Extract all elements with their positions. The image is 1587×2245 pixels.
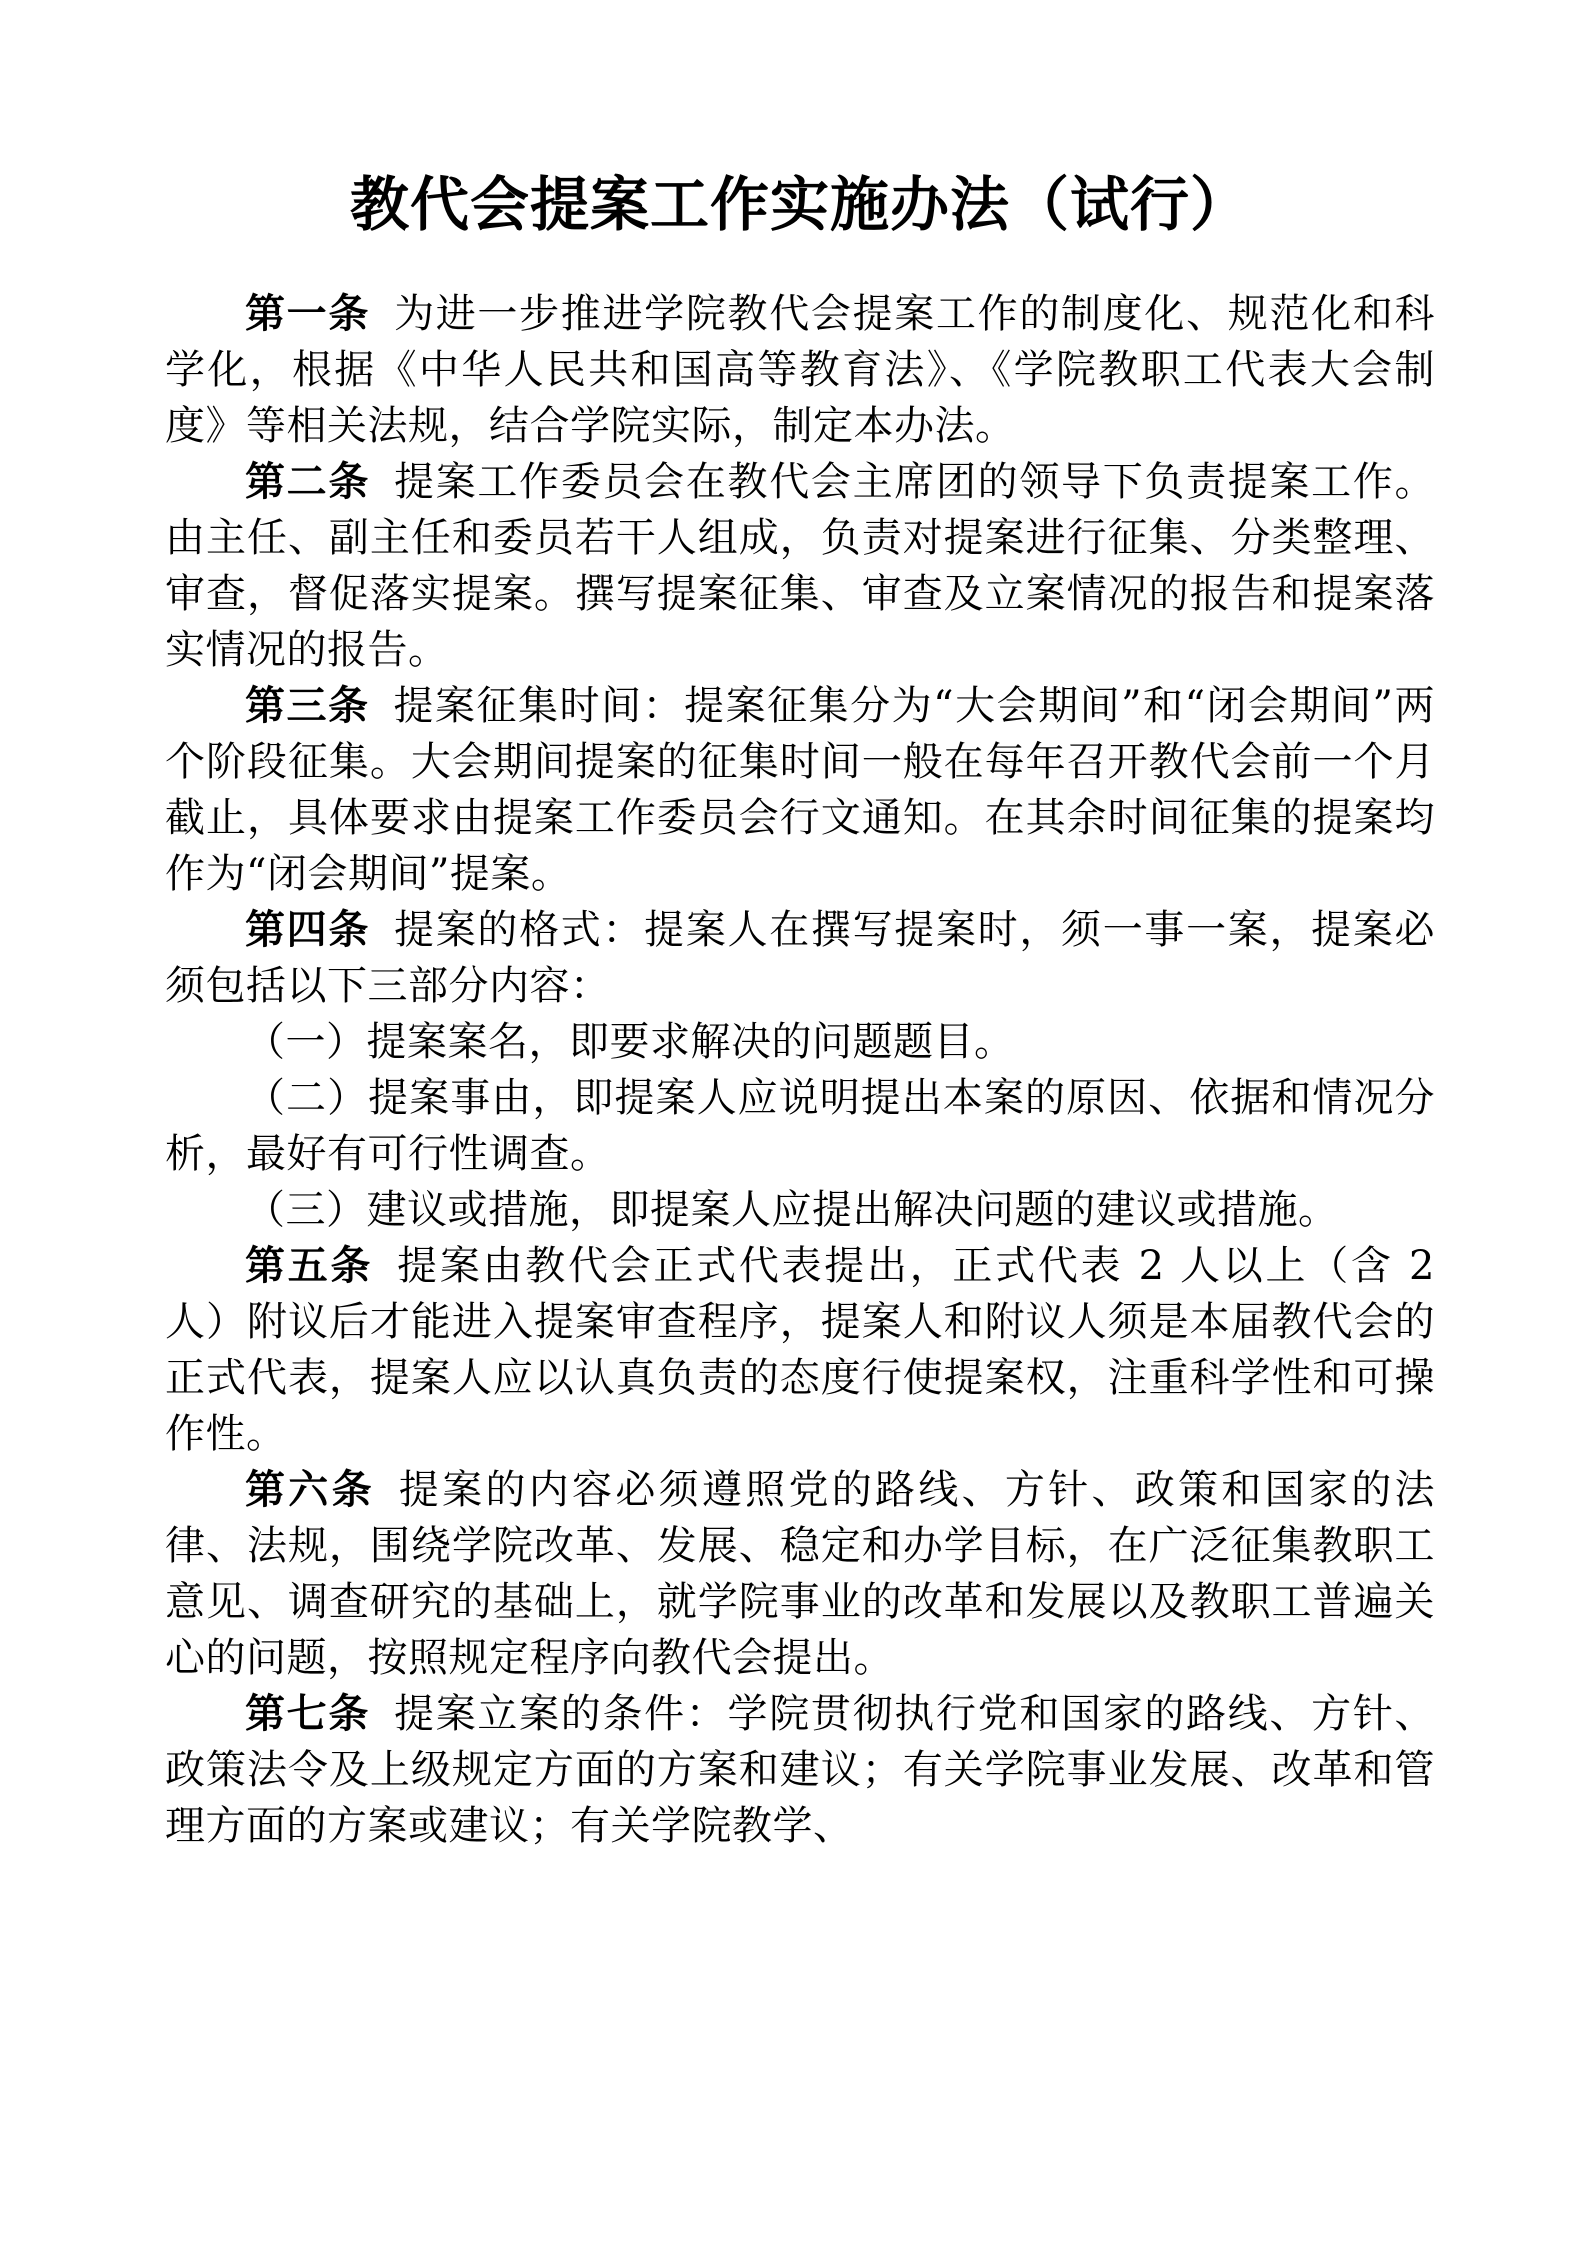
article-2-paragraph: 第二条提案工作委员会在教代会主席团的领导下负责提案工作。由主任、副主任和委员若干…	[165, 454, 1435, 678]
article-7-paragraph: 第七条提案立案的条件：学院贯彻执行党和国家的路线、方针、政策法令及上级规定方面的…	[165, 1686, 1435, 1854]
article-5-paragraph: 第五条提案由教代会正式代表提出，正式代表 2 人以上（含 2 人）附议后才能进入…	[165, 1238, 1435, 1462]
article-4-item-3-text: （三）建议或措施，即提案人应提出解决问题的建议或措施。	[245, 1187, 1339, 1233]
document-title: 教代会提案工作实施办法（试行）	[165, 168, 1435, 242]
article-2-heading: 第二条	[245, 458, 370, 505]
article-4-item-2: （二）提案事由，即提案人应说明提出本案的原因、依据和情况分析，最好有可行性调查。	[165, 1070, 1435, 1182]
article-4-heading: 第四条	[245, 906, 370, 953]
article-4-item-2-text: （二）提案事由，即提案人应说明提出本案的原因、依据和情况分析，最好有可行性调查。	[165, 1075, 1435, 1177]
article-4-item-1-text: （一）提案案名，即要求解决的问题题目。	[245, 1019, 1015, 1065]
article-3-heading: 第三条	[245, 682, 370, 729]
article-6-paragraph: 第六条提案的内容必须遵照党的路线、方针、政策和国家的法律、法规，围绕学院改革、发…	[165, 1462, 1435, 1686]
article-4-paragraph: 第四条提案的格式：提案人在撰写提案时，须一事一案，提案必须包括以下三部分内容：	[165, 902, 1435, 1014]
document-body: 第一条为进一步推进学院教代会提案工作的制度化、规范化和科学化，根据《中华人民共和…	[165, 286, 1435, 1854]
article-1-paragraph: 第一条为进一步推进学院教代会提案工作的制度化、规范化和科学化，根据《中华人民共和…	[165, 286, 1435, 454]
article-1-heading: 第一条	[245, 290, 370, 337]
article-3-paragraph: 第三条提案征集时间：提案征集分为“大会期间”和“闭会期间”两个阶段征集。大会期间…	[165, 678, 1435, 902]
article-4-item-3: （三）建议或措施，即提案人应提出解决问题的建议或措施。	[165, 1182, 1435, 1238]
article-4-item-1: （一）提案案名，即要求解决的问题题目。	[165, 1014, 1435, 1070]
article-5-heading: 第五条	[245, 1242, 373, 1289]
document-page: 教代会提案工作实施办法（试行） 第一条为进一步推进学院教代会提案工作的制度化、规…	[0, 0, 1587, 2245]
article-7-heading: 第七条	[245, 1690, 370, 1737]
article-6-heading: 第六条	[245, 1466, 375, 1513]
